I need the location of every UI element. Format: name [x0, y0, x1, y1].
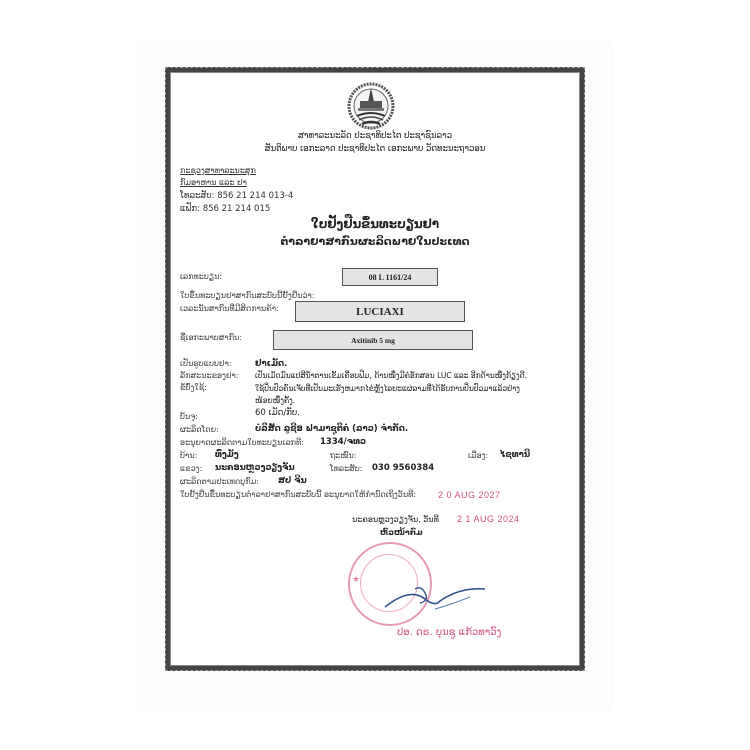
province-label: ແຂວງ: — [180, 464, 202, 473]
brand-label: ເວລະນັນສາກົນທີ່ມີສິດການຄ້າ: — [180, 304, 279, 313]
package-label: ບັນຈຸ: — [180, 412, 198, 421]
place-date-label: ນະຄອນຫຼວງວຽງຈັນ, ວັນທີ — [352, 515, 439, 524]
origin-label: ຜະລິດຕາມປະເທດບຸກົມ: — [180, 477, 259, 486]
fax-label: ແຟັກ: — [180, 204, 200, 214]
package-value: 60 ເມັດ/ກັບ. — [255, 408, 300, 418]
indication-label: ຂໍ້ບົ່ງໃຊ້: — [180, 383, 207, 392]
signature-icon — [380, 577, 490, 617]
generic-label: ຊື່ເອກະພາບສາກົນ: — [180, 333, 242, 342]
manufacturer-value: ບໍລິສັດ ລູຊີອ ຟາມາຊູຕິຄໍ (ລາວ) ຈຳກັດ. — [255, 424, 408, 434]
indication-line-2: ໜ້ອຍໜຶ່ງຄັ້ງ. — [255, 396, 295, 405]
brand-name-box: LUCIAXI — [295, 301, 465, 322]
intro-text: ໃບຂຶ້ນທະບຽນຢາສາກົນສະບັບນີ້ຢັ້ງຢືນວ່າ: — [180, 291, 315, 300]
signer-name: ປອ. ດຣ. ບຸນຊູ ແກ້ວທາວົງ — [397, 627, 501, 638]
document-subtitle: ຕຳລາຍາສາກົນຜະລິດພາຍໃນປະເທດ — [170, 235, 580, 248]
form-value: ຢາເມັດ. — [255, 359, 287, 369]
certificate-frame: ສາທາລະນະລັດ ປະຊາທິປະໄຕ ປະຊາຊົນລາວ ສັນຕິພ… — [165, 67, 585, 671]
header-line-1: ສາທາລະນະລັດ ປະຊາທິປະໄຕ ປະຊາຊົນລາວ — [170, 131, 580, 141]
district-value: ໄຊທານີ — [500, 450, 530, 460]
reg-no-box: 08 L 1161/24 — [342, 268, 438, 286]
reg-no-label: ເລກທະບຽນ: — [180, 272, 222, 281]
province-value: ນະຄອນຫຼວງວຽງຈັນ — [215, 463, 295, 473]
license-label: ອະນຸຍາດຜະລິດຕາມໃບທະບຽນເລກທີ: — [180, 438, 304, 447]
indication-line-1: ໃຊ້ປິ່ນປົວຄົນເຈັບທີ່ເປັນມະເຮັງຫມາກໄຂ່ຫຼັ… — [255, 384, 520, 393]
form-label: ເປັນຮູບແບບຢາ: — [180, 359, 232, 368]
issue-date-stamp: 2 1 AUG 2024 — [457, 514, 520, 524]
authority-title: ຫົວໜ້າກົມ — [380, 528, 423, 537]
village-value: ທົ່ງມັງ — [215, 450, 239, 460]
document-title: ໃບຢັ້ງຢືນຂຶ້ນທະບຽນຢາ — [170, 217, 580, 231]
stamp-star-icon: ★ — [352, 575, 360, 585]
phone-value: 030 9560384 — [372, 463, 434, 473]
expiry-date-stamp: 2 0 AUG 2027 — [438, 490, 501, 500]
fax-value: 856 21 214 015 — [203, 204, 271, 214]
validity-text: ໃບຢັ້ງຢືນຂຶ້ນທະບຽນຕຳລາຢາສາກົນສະບັບນີ້ ອະ… — [180, 490, 416, 499]
manufacturer-label: ຜະລິດໂດຍ: — [180, 425, 219, 434]
license-value: 1334/ຈທວ — [320, 437, 366, 447]
generic-name-box: Axitinib 5 mg — [273, 330, 473, 350]
lao-emblem-icon — [346, 82, 396, 130]
department-name: ກົມອາຫານ ແລະ ຢາ — [180, 178, 247, 187]
tel-label: ໂທລະສັບ: — [180, 191, 215, 201]
issuer-tel: ໂທລະສັບ: 856 21 214 013-4 — [180, 191, 293, 201]
district-label: ເມືອງ: — [468, 451, 488, 460]
tel-value: 856 21 214 013-4 — [217, 191, 293, 201]
village-label: ບ້ານ: — [180, 451, 197, 460]
street-label: ຖະໜົນ: — [330, 451, 356, 460]
ministry-name: ກະຊວງສາທາລະນະສຸກ — [180, 166, 256, 175]
header-line-2: ສັນຕິພາບ ເອກະລາດ ປະຊາທິປະໄຕ ເອກະພາບ ວັດທ… — [170, 144, 580, 154]
origin-value: ສປ ຈີນ — [278, 476, 307, 486]
phone-label: ໂທລະສັບ: — [330, 464, 363, 473]
issuer-fax: ແຟັກ: 856 21 214 015 — [180, 204, 270, 214]
description-label: ລັກສະນະຂອງຢາ: — [180, 371, 238, 380]
description-value: ເປັນເມັດມົນແປສີນ້ຳຕານເຂັ້ມເຄືອບຟີມ, ດ້ານ… — [255, 371, 527, 380]
